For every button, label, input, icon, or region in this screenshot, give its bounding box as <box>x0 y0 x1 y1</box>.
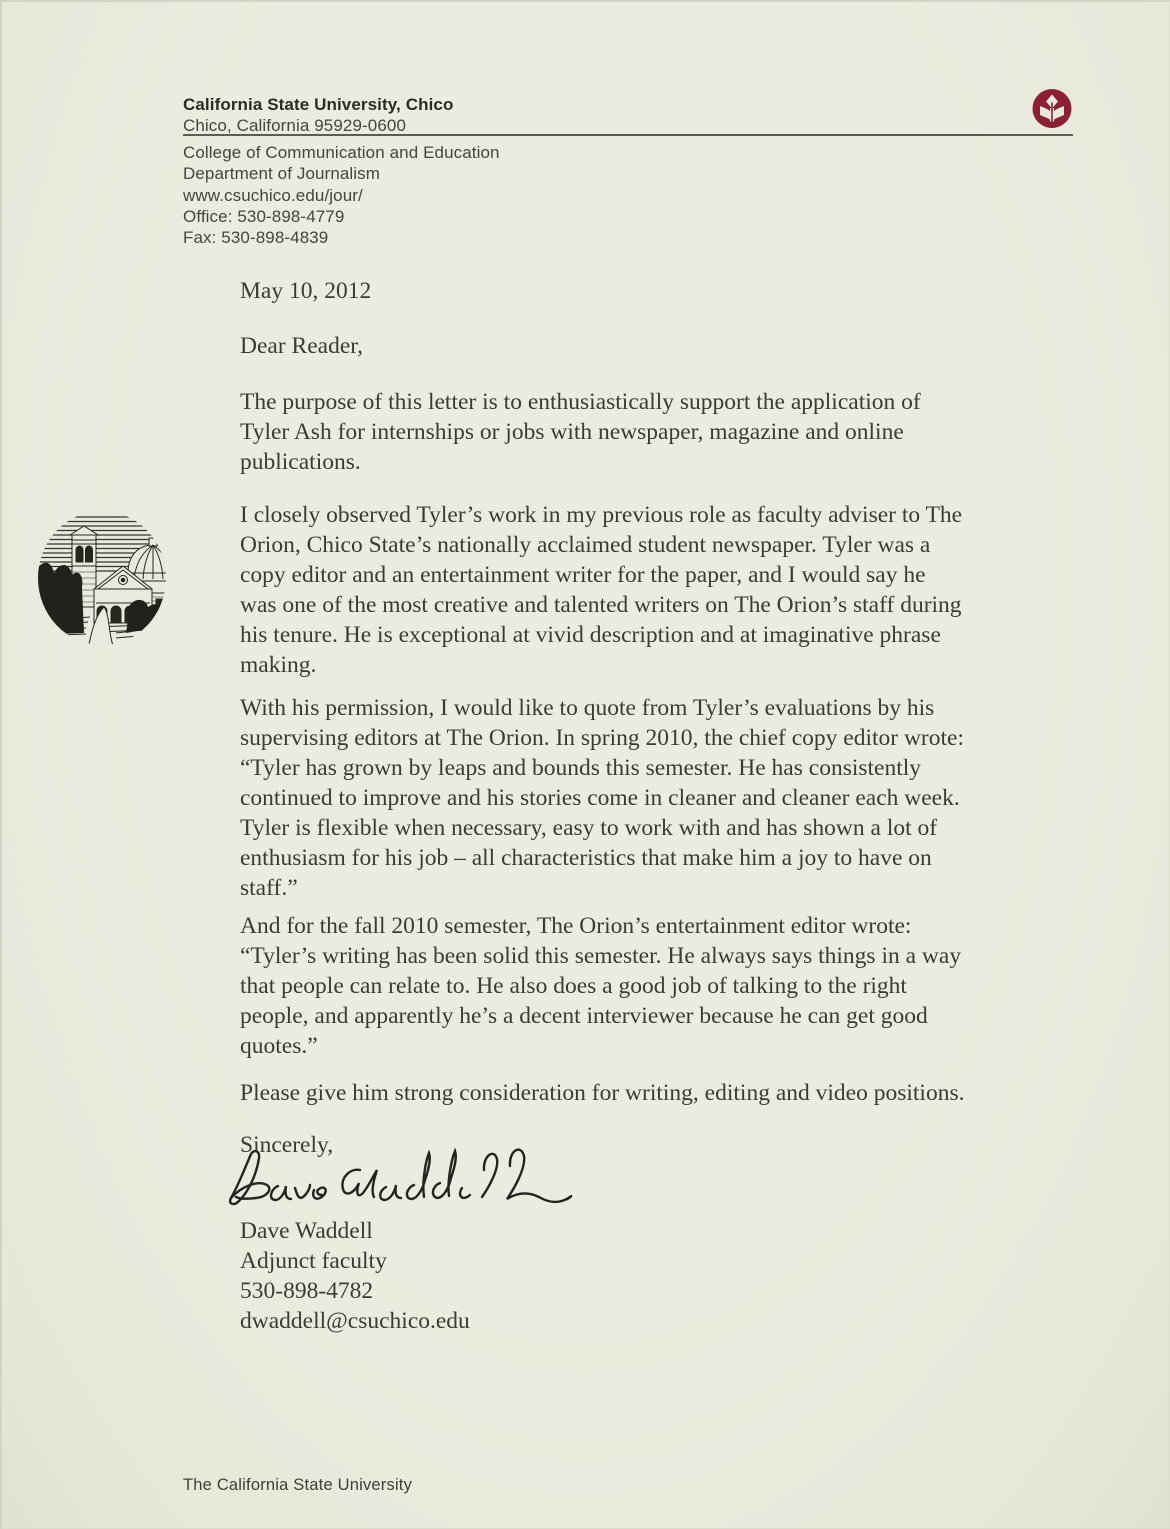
footer-system-name: The California State University <box>183 1476 412 1495</box>
letterhead-office-phone: Office: 530-898-4779 <box>183 206 500 227</box>
handwritten-signature <box>226 1142 578 1227</box>
letterhead-university-name: California State University, Chico <box>183 94 500 115</box>
paragraph-recommendation: Please give him strong consideration for… <box>240 1078 1140 1108</box>
letterhead-fax: Fax: 530-898-4839 <box>183 227 500 248</box>
letterhead: California State University, Chico Chico… <box>183 94 500 249</box>
campus-engraving-illustration <box>36 509 169 654</box>
paragraph-purpose: The purpose of this letter is to enthusi… <box>240 387 1140 477</box>
letterhead-college: College of Communication and Education <box>183 142 500 163</box>
letterhead-department: Department of Journalism <box>183 163 500 184</box>
paragraph-observation: I closely observed Tyler’s work in my pr… <box>240 500 1140 680</box>
scanned-letter-page: California State University, Chico Chico… <box>0 0 1170 1529</box>
paragraph-spring-2010-quote: With his permission, I would like to quo… <box>240 693 1140 903</box>
letter-salutation: Dear Reader, <box>240 331 1140 361</box>
letterhead-website: www.csuchico.edu/jour/ <box>183 185 500 206</box>
signature-block: Dave Waddell Adjunct faculty 530-898-478… <box>240 1216 1140 1336</box>
paragraph-fall-2010-quote: And for the fall 2010 semester, The Orio… <box>240 911 1140 1061</box>
letter-date: May 10, 2012 <box>240 276 1140 306</box>
csu-chico-seal-icon <box>1031 88 1073 135</box>
letterhead-divider <box>183 134 1073 136</box>
